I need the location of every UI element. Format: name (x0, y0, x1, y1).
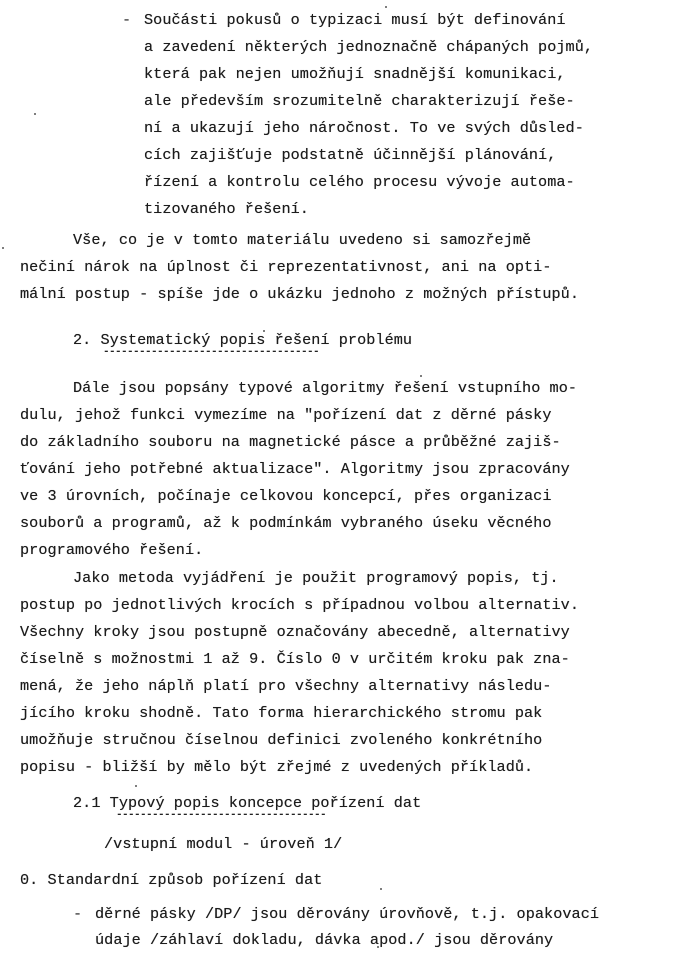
text-line: Všechny kroky jsou postupně označovány a… (20, 622, 570, 642)
intro-bullet-marker: - (122, 10, 131, 30)
text-line: ťování jeho potřebné aktualizace". Algor… (20, 459, 570, 479)
text-line: ale především srozumitelně charakterizuj… (144, 91, 575, 111)
text-line: programového řešení. (20, 540, 203, 560)
step-bullet-marker: - (73, 904, 82, 924)
scan-speck (377, 946, 379, 948)
text-line: ve 3 úrovních, počínaje celkovou koncepc… (20, 486, 552, 506)
text-line: umožňuje stručnou číselnou definici zvol… (20, 730, 542, 750)
text-line: řízení a kontrolu celého procesu vývoje … (144, 172, 575, 192)
scan-speck (2, 247, 4, 249)
text-line: postup po jednotlivých krocích s případn… (20, 595, 579, 615)
text-line: mená, že jeho náplň platí pro všechny al… (20, 676, 552, 696)
scan-speck (420, 375, 422, 377)
text-line: údaje /záhlaví dokladu, dávka apod./ jso… (95, 930, 553, 950)
text-line: do základního souboru na magnetické pásc… (20, 432, 561, 452)
scan-speck (34, 113, 36, 115)
text-line: Součásti pokusů o typizaci musí být defi… (144, 10, 566, 30)
text-line: souborů a programů, až k podmínkám vybra… (20, 513, 552, 533)
scan-speck (135, 785, 137, 787)
heading-underline: ------------------------------------ (103, 347, 319, 357)
text-line: která pak nejen umožňují snadnější komun… (144, 64, 566, 84)
scanned-typewritten-page: - Součásti pokusů o typizaci musí být de… (0, 0, 681, 959)
text-line: a zavedení některých jednoznačně chápaný… (144, 37, 593, 57)
text-line: ní a ukazují jeho náročnost. To ve svých… (144, 118, 584, 138)
scan-speck (263, 330, 265, 332)
text-line: Jako metoda vyjádření je použit programo… (73, 568, 559, 588)
text-line: dulu, jehož funkci vymezíme na "pořízení… (20, 405, 552, 425)
scan-speck (380, 888, 382, 890)
text-line: děrné pásky /DP/ jsou děrovány úrovňově,… (95, 904, 599, 924)
scan-speck (133, 846, 135, 848)
text-line: popisu - bližší by mělo být zřejmé z uve… (20, 757, 533, 777)
text-line: Vše, co je v tomto materiálu uvedeno si … (73, 230, 531, 250)
heading-underline: ----------------------------------- (116, 810, 326, 820)
step-heading: 0. Standardní způsob pořízení dat (20, 870, 322, 890)
section-subtitle: /vstupní modul - úroveň 1/ (104, 834, 342, 854)
text-line: nečiní nárok na úplnost či reprezentativ… (20, 257, 552, 277)
text-line: cích zajišťuje podstatně účinnější pláno… (144, 145, 556, 165)
text-line: číselně s možnostmi 1 až 9. Číslo 0 v ur… (20, 649, 570, 669)
text-line: tizovaného řešení. (144, 199, 309, 219)
text-line: jícího kroku shodně. Tato forma hierarch… (20, 703, 542, 723)
scan-speck (385, 6, 387, 8)
text-line: Dále jsou popsány typové algoritmy řešen… (73, 378, 577, 398)
text-line: mální postup - spíše jde o ukázku jednoh… (20, 284, 579, 304)
